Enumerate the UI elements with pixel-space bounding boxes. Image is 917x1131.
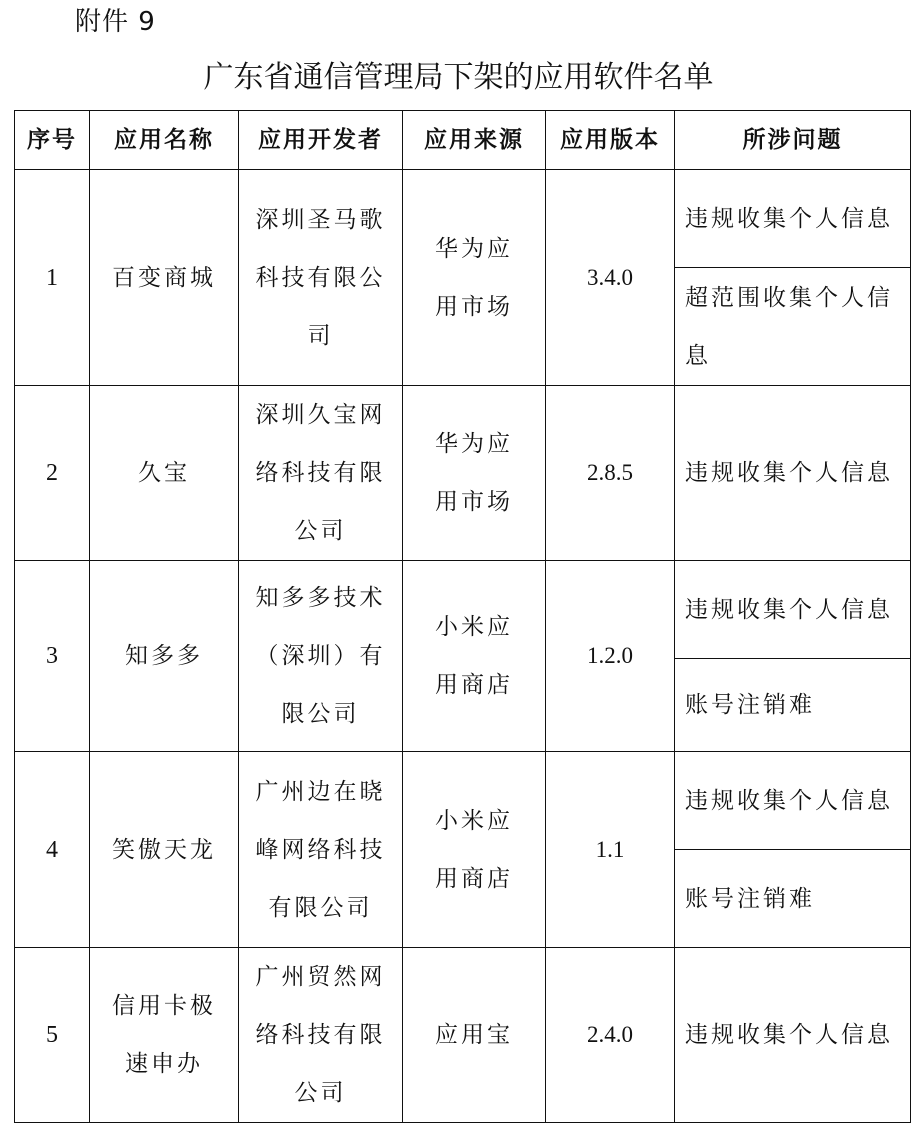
app-name: 久宝 — [90, 386, 239, 561]
issue: 违规收集个人信息 — [675, 386, 911, 561]
issue: 账号注销难 — [675, 659, 911, 752]
table-row: 1 百变商城 深圳圣马歌科技有限公司 华为应用市场 3.4.0 违规收集个人信息 — [15, 170, 911, 268]
issue: 违规收集个人信息 — [675, 170, 911, 268]
header-developer: 应用开发者 — [239, 111, 403, 170]
issue: 超范围收集个人信息 — [675, 268, 911, 386]
app-name: 信用卡极速申办 — [90, 948, 239, 1123]
version: 2.4.0 — [546, 948, 675, 1123]
table-row: 2 久宝 深圳久宝网络科技有限公司 华为应用市场 2.8.5 违规收集个人信息 — [15, 386, 911, 561]
attachment-label: 附件 9 — [75, 4, 156, 40]
header-app-name: 应用名称 — [90, 111, 239, 170]
row-no: 4 — [15, 752, 90, 948]
issue: 违规收集个人信息 — [675, 561, 911, 659]
source: 小米应用商店 — [403, 752, 546, 948]
row-no: 1 — [15, 170, 90, 386]
row-no: 3 — [15, 561, 90, 752]
version: 1.1 — [546, 752, 675, 948]
table-row: 3 知多多 知多多技术（深圳）有限公司 小米应用商店 1.2.0 违规收集个人信… — [15, 561, 911, 659]
issue: 账号注销难 — [675, 850, 911, 948]
header-no: 序号 — [15, 111, 90, 170]
version: 2.8.5 — [546, 386, 675, 561]
developer: 深圳久宝网络科技有限公司 — [239, 386, 403, 561]
developer: 深圳圣马歌科技有限公司 — [239, 170, 403, 386]
issue: 违规收集个人信息 — [675, 948, 911, 1123]
version: 3.4.0 — [546, 170, 675, 386]
app-name: 知多多 — [90, 561, 239, 752]
row-no: 2 — [15, 386, 90, 561]
issue: 违规收集个人信息 — [675, 752, 911, 850]
header-version: 应用版本 — [546, 111, 675, 170]
app-list-table: 序号 应用名称 应用开发者 应用来源 应用版本 所涉问题 1 百变商城 深圳圣马… — [14, 110, 911, 1123]
row-no: 5 — [15, 948, 90, 1123]
app-name: 笑傲天龙 — [90, 752, 239, 948]
table-row: 4 笑傲天龙 广州边在晓峰网络科技有限公司 小米应用商店 1.1 违规收集个人信… — [15, 752, 911, 850]
header-source: 应用来源 — [403, 111, 546, 170]
document-title: 广东省通信管理局下架的应用软件名单 — [0, 58, 917, 98]
table-row: 5 信用卡极速申办 广州贸然网络科技有限公司 应用宝 2.4.0 违规收集个人信… — [15, 948, 911, 1123]
table-header-row: 序号 应用名称 应用开发者 应用来源 应用版本 所涉问题 — [15, 111, 911, 170]
developer: 广州边在晓峰网络科技有限公司 — [239, 752, 403, 948]
source: 华为应用市场 — [403, 386, 546, 561]
version: 1.2.0 — [546, 561, 675, 752]
source: 小米应用商店 — [403, 561, 546, 752]
app-name: 百变商城 — [90, 170, 239, 386]
developer: 广州贸然网络科技有限公司 — [239, 948, 403, 1123]
source: 应用宝 — [403, 948, 546, 1123]
header-issues: 所涉问题 — [675, 111, 911, 170]
developer: 知多多技术（深圳）有限公司 — [239, 561, 403, 752]
source: 华为应用市场 — [403, 170, 546, 386]
